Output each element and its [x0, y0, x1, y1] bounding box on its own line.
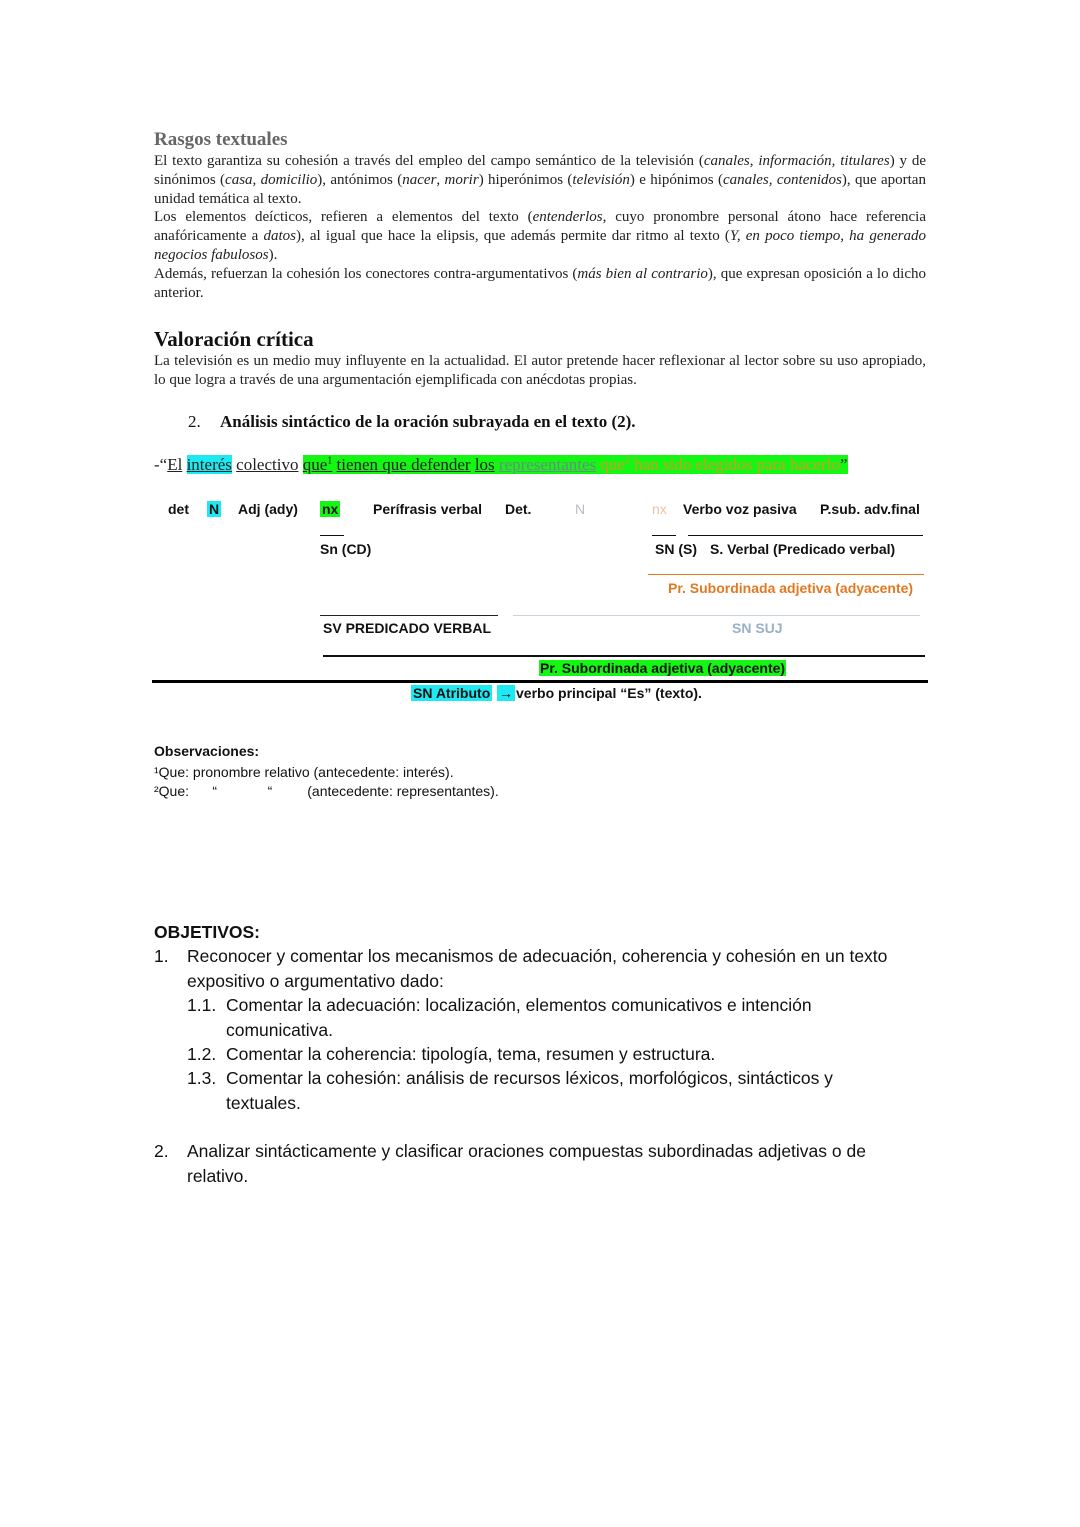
bracket-line-main: [152, 680, 928, 683]
objetivo-subitem: 1.3. Comentar la cohesión: análisis de r…: [187, 1066, 887, 1116]
question-text: Análisis sintáctico de la oración subray…: [220, 412, 636, 431]
bracket-line-s-verbal: [688, 535, 923, 536]
bracket-line-sn-cd: [320, 535, 344, 536]
observacion-2: ²Que: “ “ (antecedente: representantes).: [154, 783, 499, 799]
question-heading: 2.Análisis sintáctico de la oración subr…: [188, 412, 636, 432]
observaciones-title: Observaciones:: [154, 743, 259, 759]
rasgos-paragraph-2: Los elementos deícticos, refieren a elem…: [154, 208, 926, 265]
label-adj: Adj (ady): [238, 501, 298, 517]
rasgos-paragraph-3: Además, refuerzan la cohesión los conect…: [154, 265, 926, 303]
bracket-line-sub-adj-green: [323, 655, 925, 657]
highlight-green-span: que1 tienen que defender los representan…: [303, 455, 848, 474]
objetivo-item: 2. Analizar sintácticamente y clasificar…: [154, 1139, 934, 1189]
observacion-1: ¹Que: pronombre relativo (antecedente: i…: [154, 764, 454, 780]
label-verbo-pasiva: Verbo voz pasiva: [683, 501, 797, 517]
objetivos-title: OBJETIVOS:: [154, 920, 260, 945]
bracket-line-sv-pred: [320, 615, 498, 616]
section-title-valoracion: Valoración crítica: [154, 327, 314, 352]
label-sv-predicado: SV PREDICADO VERBAL: [323, 620, 491, 636]
objetivo-subitem: 1.2. Comentar la coherencia: tipología, …: [187, 1042, 887, 1067]
bracket-line-sn-suj: [513, 615, 920, 616]
valoracion-paragraph: La televisión es un medio muy influyente…: [154, 352, 926, 390]
objetivo-subitem: 1.1. Comentar la adecuación: localizació…: [187, 993, 887, 1043]
bracket-line-sn-s: [652, 535, 676, 536]
label-det: det: [168, 501, 189, 517]
label-det-2: Det.: [505, 501, 531, 517]
bracket-line-sub-adj-orange: [648, 574, 924, 575]
analyzed-sentence: -“El interés colectivo que1 tienen que d…: [154, 455, 848, 475]
label-n-2: N: [575, 501, 585, 517]
label-sub-adj-green: Pr. Subordinada adjetiva (adyacente): [539, 660, 786, 676]
label-nx-1: nx: [320, 501, 340, 517]
label-sn-suj: SN SUJ: [732, 620, 783, 636]
label-psub-final: P.sub. adv.final: [820, 501, 920, 517]
label-nx-2: nx: [652, 501, 667, 517]
objetivo-item: 1. Reconocer y comentar los mecanismos d…: [154, 944, 934, 994]
word-interes: interés: [187, 455, 232, 474]
rasgos-paragraph-1: El texto garantiza su cohesión a través …: [154, 152, 926, 209]
label-verbo-principal: verbo principal “Es” (texto).: [516, 685, 702, 701]
label-n-core: N: [207, 501, 221, 517]
label-sub-adj-orange: Pr. Subordinada adjetiva (adyacente): [668, 580, 913, 596]
arrow-right-icon: →: [497, 685, 515, 701]
label-sn-cd: Sn (CD): [320, 541, 371, 557]
label-sn-atributo: SN Atributo: [411, 685, 492, 701]
label-s-verbal: S. Verbal (Predicado verbal): [710, 541, 895, 557]
question-number: 2.: [188, 412, 220, 432]
section-title-rasgos: Rasgos textuales: [154, 129, 288, 151]
label-sn-s: SN (S): [655, 541, 697, 557]
label-perifrasis: Perífrasis verbal: [373, 501, 482, 517]
